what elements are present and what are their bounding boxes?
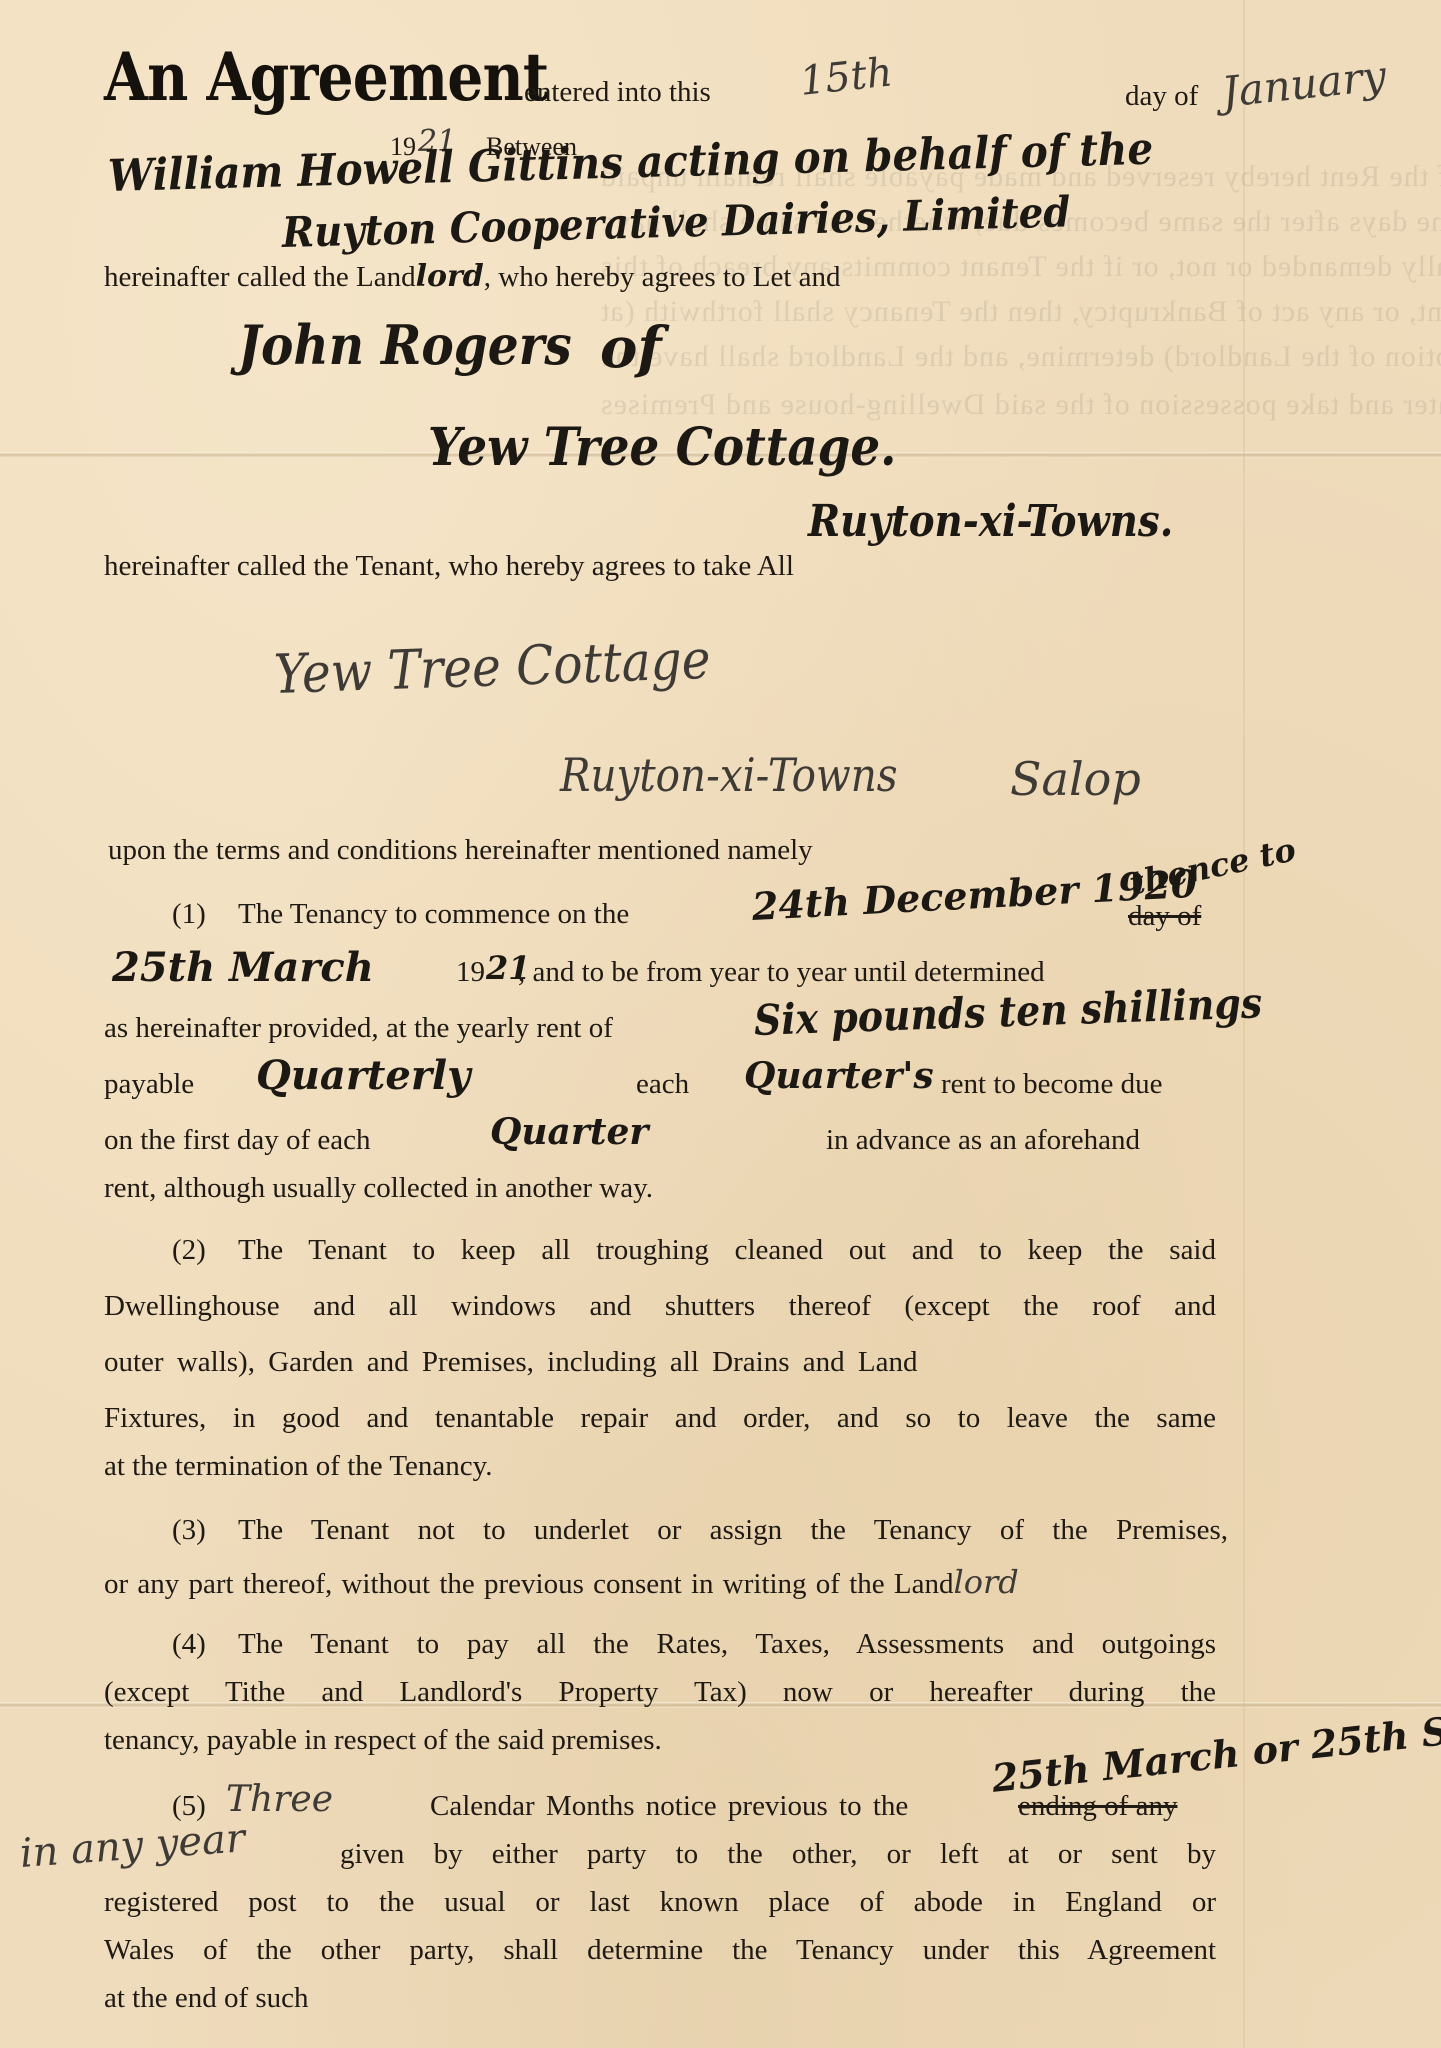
clause-2-number: (2) xyxy=(172,1236,206,1265)
clause-2-line: Dwellinghouse and all windows and shutte… xyxy=(104,1292,1216,1321)
clause-1-payable: payable xyxy=(104,1070,194,1099)
handwritten-tenant-address-line1: Yew Tree Cottage. xyxy=(428,422,896,474)
handwritten-lord: lord xyxy=(953,1563,1018,1601)
clause-5-line: at the end of such xyxy=(104,1984,309,2013)
tenant-clause: hereinafter called the Tenant, who hereb… xyxy=(104,552,794,581)
clause-1-due: rent to become due xyxy=(941,1070,1162,1099)
bleed-through-text: the option of the Landlord) determine, a… xyxy=(600,340,1441,374)
handwritten-day: 15th xyxy=(798,52,894,101)
clause-2-line: at the termination of the Tenancy. xyxy=(104,1452,493,1481)
landlord-clause: hereinafter called the Landlord, who her… xyxy=(104,262,841,292)
clause-1-first-day: on the first day of each xyxy=(104,1126,371,1155)
clause-1-text-d: rent, although usually collected in anot… xyxy=(104,1174,653,1203)
clause-1-year-prefix: 19 xyxy=(456,958,485,987)
handwritten-tenant-address-line2: Ruyton-xi-Towns. xyxy=(808,500,1173,544)
clause-5-line: Wales of the other party, shall determin… xyxy=(104,1936,1216,1965)
handwritten-end-date: 25th March xyxy=(112,948,374,988)
day-of-label: day of xyxy=(1125,82,1198,111)
bleed-through-text: Agreement, or any act of Bankruptcy, the… xyxy=(600,295,1441,329)
clause-3-line: The Tenant not to underlet or assign the… xyxy=(238,1516,1228,1545)
handwritten-premises-line1: Yew Tree Cottage xyxy=(273,633,711,702)
clause-1-text-a: The Tenancy to commence on the xyxy=(238,900,629,929)
handwritten-of: of xyxy=(600,320,661,376)
clause-1-each: each xyxy=(636,1070,689,1099)
handwritten-first-day-period: Quarter xyxy=(490,1114,648,1150)
handwritten-payable-period: Quarterly xyxy=(256,1056,470,1096)
entered-into-label: entered into this xyxy=(524,78,711,107)
clause-5-line: registered post to the usual or last kno… xyxy=(104,1888,1216,1917)
handwritten-lord: lord xyxy=(416,259,484,294)
handwritten-each-period: Quarter's xyxy=(744,1058,934,1094)
clause-5-struck-text: ending of any xyxy=(1018,1792,1177,1821)
clause-4-line: (except Tithe and Landlord's Property Ta… xyxy=(104,1678,1216,1707)
landlord-clause-prefix: hereinafter called the Land xyxy=(104,261,416,293)
clause-4-line: tenancy, payable in respect of the said … xyxy=(104,1726,662,1755)
handwritten-tenant-name: John Rogers xyxy=(238,318,572,372)
clause-2-line: outer walls), Garden and Premises, inclu… xyxy=(104,1348,917,1377)
clause-3-number: (3) xyxy=(172,1516,206,1545)
clause-2-line: Fixtures, in good and tenantable repair … xyxy=(104,1404,1216,1433)
document-title: An Agreement xyxy=(104,38,548,116)
clause-3-line2: or any part thereof, without the previou… xyxy=(104,1568,953,1600)
clause-2-line: The Tenant to keep all troughing cleaned… xyxy=(238,1236,1216,1265)
clause-1-struck-text: day of xyxy=(1128,902,1201,931)
clause-4-line: The Tenant to pay all the Rates, Taxes, … xyxy=(238,1630,1216,1659)
clause-5-number: (5) xyxy=(172,1792,206,1821)
clause-1-advance: in advance as an aforehand xyxy=(826,1126,1140,1155)
clause-1-number: (1) xyxy=(172,900,206,929)
landlord-clause-suffix: , who hereby agrees to Let and xyxy=(484,261,841,293)
clause-1-text-c: as hereinafter provided, at the yearly r… xyxy=(104,1014,613,1043)
handwritten-premises-county: Salop xyxy=(1010,756,1141,802)
clause-4-number: (4) xyxy=(172,1630,206,1659)
clause-5-text-a: Calendar Months notice previous to the xyxy=(430,1792,908,1821)
handwritten-notice-period: Three xyxy=(226,1782,333,1818)
handwritten-premises-line2: Ruyton-xi-Towns xyxy=(560,752,898,798)
clause-3-line: or any part thereof, without the previou… xyxy=(104,1566,1019,1599)
clause-5-line: given by either party to the other, or l… xyxy=(340,1840,1216,1869)
terms-intro: upon the terms and conditions hereinafte… xyxy=(108,836,813,865)
